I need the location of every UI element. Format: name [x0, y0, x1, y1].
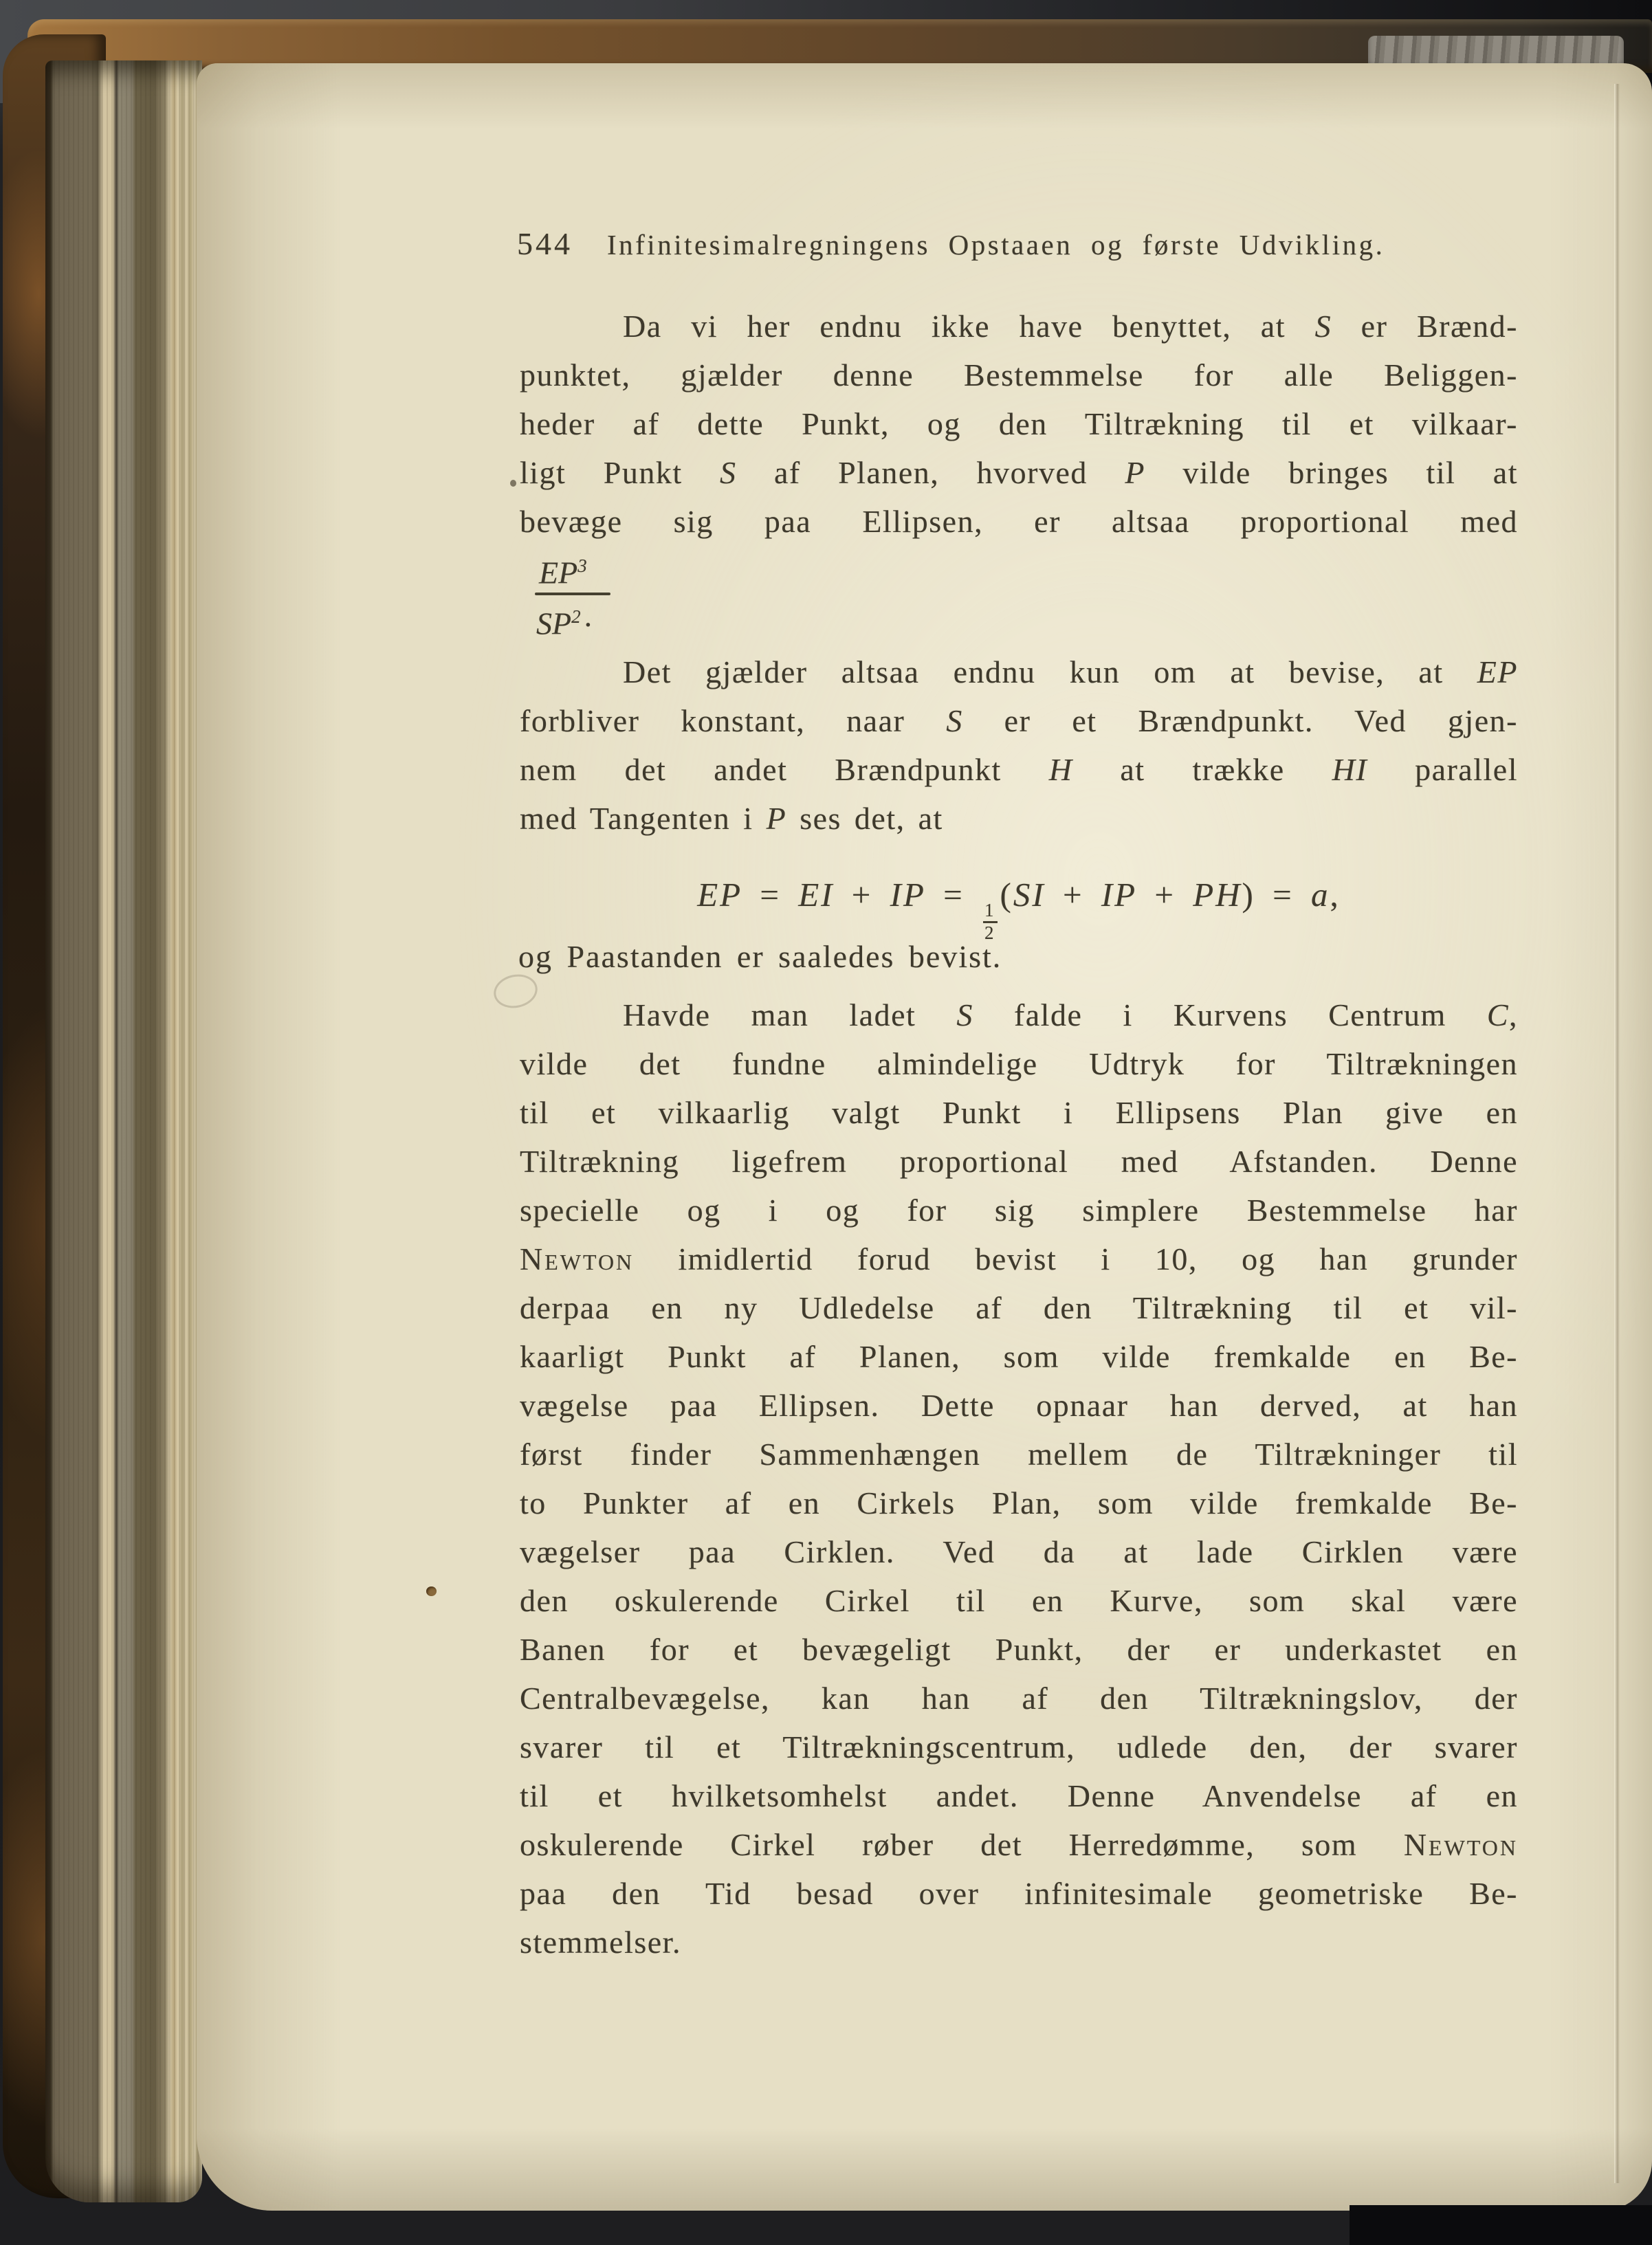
text-line: to Punkter af en Cirkels Plan, som vilde… — [520, 1479, 1518, 1527]
text-line: Det gjælder altsaa endnu kun om at bevis… — [520, 648, 1518, 696]
page-fold-line — [1614, 84, 1620, 2183]
book-photo: 544 Infinitesimalregningens Opstaaen og … — [0, 0, 1652, 2245]
text-line: til et vilkaarlig valgt Punkt i Ellipsen… — [520, 1088, 1518, 1137]
paragraph-2-conclusion: og Paastanden er saaledes bevist. — [518, 932, 1002, 981]
text-line: Newton imidlertid forud bevist i 10, og … — [520, 1235, 1518, 1283]
equation-right: (SI + IP + PH) = a, — [1000, 876, 1341, 914]
fraction-denominator-exponent: 2 — [571, 606, 581, 627]
text-line: først finder Sammenhængen mellem de Tilt… — [520, 1430, 1518, 1479]
text-line: og Paastanden er saaledes bevist. — [518, 939, 1002, 974]
text-line: bevæge sig paa Ellipsen, er altsaa propo… — [520, 497, 1518, 546]
half-fraction-numerator: 1 — [983, 900, 998, 923]
ink-speck — [510, 480, 516, 487]
text-line: nem det andet Brændpunkt H at trække HI … — [520, 745, 1518, 794]
equation-left: EP = EI + IP = — [697, 876, 982, 914]
text-line: vægelser paa Cirklen. Ved da at lade Cir… — [520, 1527, 1518, 1576]
display-fraction: EP3 SP2. — [535, 549, 610, 641]
text-line: heder af dette Punkt, og den Tiltrækning… — [520, 399, 1518, 448]
text-line: Banen for et bevægeligt Punkt, der er un… — [520, 1625, 1518, 1674]
paper-speck — [426, 1586, 437, 1596]
text-line: Tiltrækning ligefrem proportional med Af… — [520, 1137, 1518, 1186]
running-title: Infinitesimalregningens Opstaaen og førs… — [607, 228, 1385, 261]
page-number: 544 — [517, 225, 573, 262]
text-line: med Tangenten i P ses det, at — [520, 794, 1518, 843]
text-line: derpaa en ny Udledelse af den Tiltræknin… — [520, 1283, 1518, 1332]
fraction-rule — [535, 593, 610, 595]
paragraph-2: Det gjælder altsaa endnu kun om at bevis… — [520, 648, 1518, 843]
text-line: svarer til et Tiltrækningscentrum, udled… — [520, 1723, 1518, 1771]
fraction-numerator-exponent: 3 — [577, 555, 587, 576]
text-line: oskulerende Cirkel røber det Herredømme,… — [520, 1820, 1518, 1869]
page-content: 544 Infinitesimalregningens Opstaaen og … — [520, 0, 1518, 2245]
text-line: ligt Punkt S af Planen, hvorved P vilde … — [520, 448, 1518, 497]
text-line: Da vi her endnu ikke have benyttet, at S… — [520, 302, 1518, 351]
text-line: paa den Tid besad over infinitesimale ge… — [520, 1869, 1518, 1918]
page-header: 544 Infinitesimalregningens Opstaaen og … — [517, 225, 1493, 262]
text-line: kaarligt Punkt af Planen, som vilde frem… — [520, 1332, 1518, 1381]
text-line: punktet, gjælder denne Bestemmelse for a… — [520, 351, 1518, 399]
page-edges-fan — [45, 60, 202, 2202]
backdrop-bottom-right — [1350, 2205, 1652, 2245]
fraction-numerator-text: EP — [539, 555, 577, 590]
fraction-denominator-text: SP — [536, 606, 571, 641]
text-line: vægelse paa Ellipsen. Dette opnaar han d… — [520, 1381, 1518, 1430]
paragraph-3: Havde man ladet S falde i Kurvens Centru… — [520, 991, 1518, 1967]
text-line: forbliver konstant, naar S er et Brændpu… — [520, 696, 1518, 745]
sentence-period: . — [584, 598, 593, 633]
fraction-denominator: SP2. — [535, 599, 610, 641]
text-line: Centralbevægelse, kan han af den Tiltræk… — [520, 1674, 1518, 1723]
text-line: til et hvilketsomhelst andet. Denne Anve… — [520, 1771, 1518, 1820]
text-line: den oskulerende Cirkel til en Kurve, som… — [520, 1576, 1518, 1625]
text-line: vilde det fundne almindelige Udtryk for … — [520, 1039, 1518, 1088]
text-line: stemmelser. — [520, 1918, 1518, 1967]
text-line: Havde man ladet S falde i Kurvens Centru… — [520, 991, 1518, 1039]
fraction-numerator: EP3 — [535, 549, 610, 590]
paragraph-1: Da vi her endnu ikke have benyttet, at S… — [520, 302, 1518, 546]
text-line: specielle og i og for sig simplere Beste… — [520, 1186, 1518, 1235]
